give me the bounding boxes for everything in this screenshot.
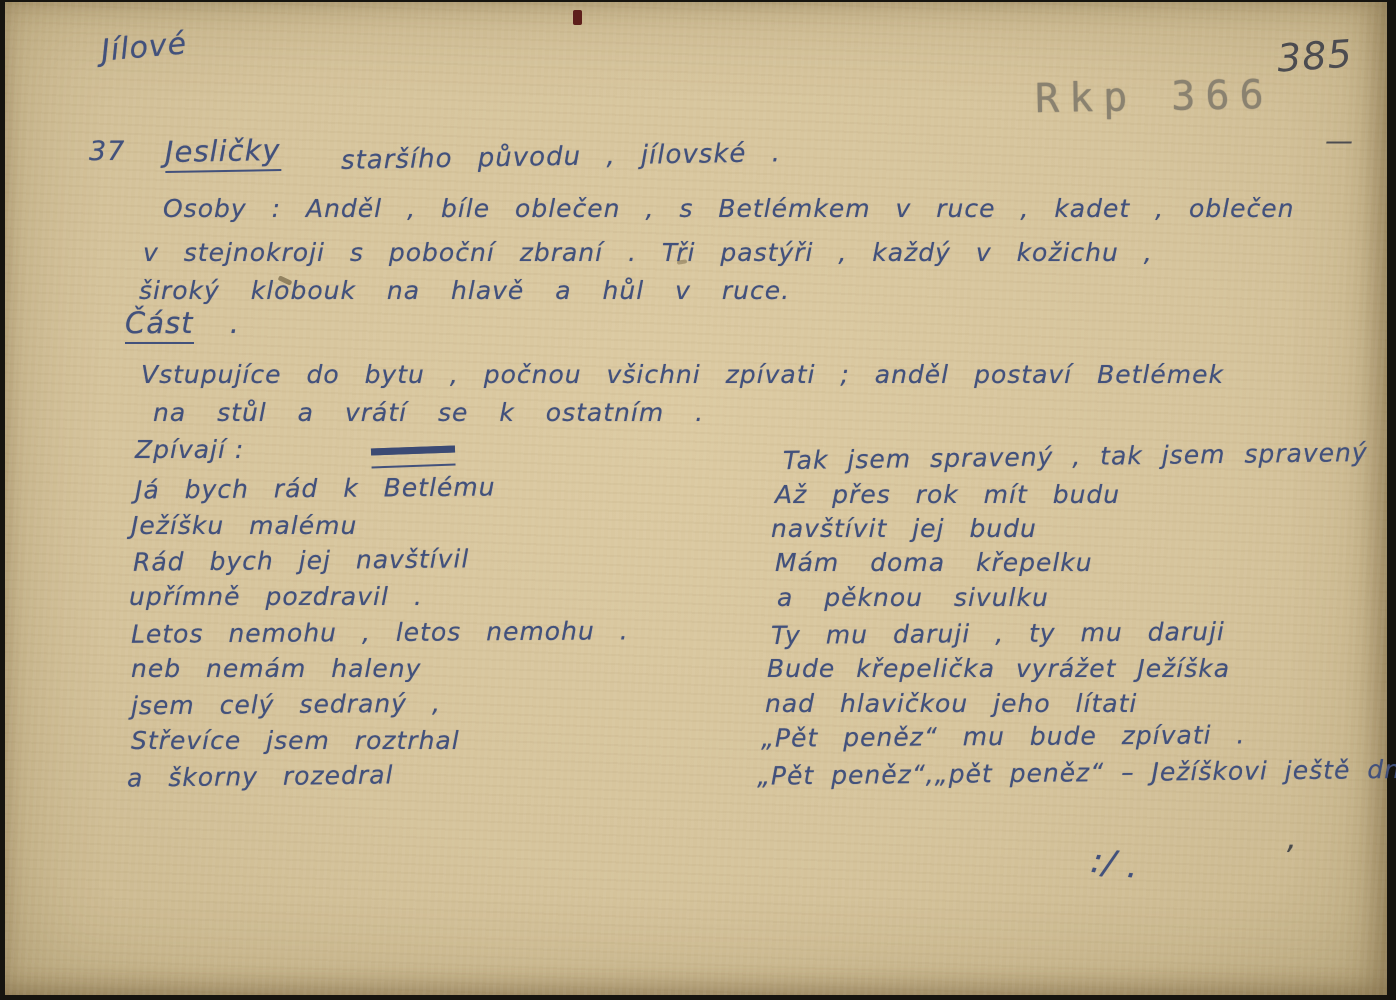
verse-right-line-8: nad hlavičkou jeho lítati — [765, 689, 1137, 718]
verse-right-line-10: „Pět peněz“,„pět peněz“ – Ježíškovi ješt… — [757, 754, 1396, 790]
page-number: 385 — [1276, 31, 1354, 80]
osoby-line-1: Osoby : Anděl , bíle oblečen , s Betlémk… — [163, 194, 1294, 223]
verse-left-line-8: Střevíce jsem roztrhal — [131, 726, 460, 755]
verse-left-line-7: jsem celý sedraný , — [131, 689, 441, 721]
pencil-dash-mark: — — [1325, 124, 1354, 157]
stage-line-2: na stůl a vrátí se k ostatním . — [153, 398, 704, 427]
verse-right-line-6: Ty mu daruji , ty mu daruji — [771, 617, 1225, 650]
verse-right-line-1: Tak jsem spravený , tak jsem spravený — [783, 438, 1368, 475]
archive-stamp: Rkp 366 — [1035, 72, 1274, 122]
verse-left-line-4: upřímně pozdravil . — [129, 582, 423, 611]
verse-right-line-5: a pěknou sivulku — [777, 583, 1049, 612]
section-heading-word: Část — [125, 306, 194, 344]
song-cue: Zpívají : ——— — [135, 434, 455, 467]
song-cue-label: Zpívají : — [135, 435, 244, 464]
section-heading: Část . — [125, 306, 240, 340]
stage-line-1: Vstupujíce do bytu , počnou všichni zpív… — [141, 360, 1224, 389]
ink-mark-apostrophe: ’ — [1283, 840, 1294, 875]
entry-title-word: Jesličky — [165, 133, 281, 173]
verse-right-line-9: „Pět peněz“ mu bude zpívati . — [761, 720, 1246, 752]
verse-right-line-2: Až přes rok mít budu — [775, 480, 1120, 509]
osoby-line-2: v stejnokroji s poboční zbraní . Tři pas… — [143, 238, 1153, 267]
verse-left-line-5: Letos nemohu , letos nemohu . — [131, 616, 629, 648]
verse-right-line-7: Bude křepelička vyrážet Ježíška — [767, 654, 1230, 683]
verse-left-line-1: Já bych rád k Betlému — [135, 472, 496, 504]
verse-left-line-9: a škorny rozedral — [127, 760, 394, 792]
osoby-line-3: široký klobouk na hlavě a hůl v ruce. — [139, 276, 790, 305]
entry-title-suffix: staršího původu , jílovské . — [341, 138, 781, 176]
verse-right-line-4: Mám doma křepelku — [775, 548, 1093, 577]
verse-left-line-6: neb nemám haleny — [131, 654, 421, 683]
verse-right-line-3: navštívit jej budu — [771, 514, 1037, 543]
ink-mark-slash: :/ . — [1088, 841, 1142, 887]
entry-number: 37 — [89, 136, 125, 167]
section-heading-dot: . — [230, 306, 240, 340]
manuscript-page: Jílové 385 Rkp 366 — 37 Jesličky staršíh… — [5, 2, 1387, 995]
crossed-out-word: ——— — [371, 433, 456, 469]
corner-note: Jílové — [100, 26, 189, 68]
entry-title: Jesličky — [165, 133, 281, 169]
verse-left-line-3: Rád bych jej navštívil — [133, 544, 470, 577]
verse-left-line-2: Ježíšku malému — [131, 511, 357, 540]
ink-speck-top — [573, 10, 582, 25]
